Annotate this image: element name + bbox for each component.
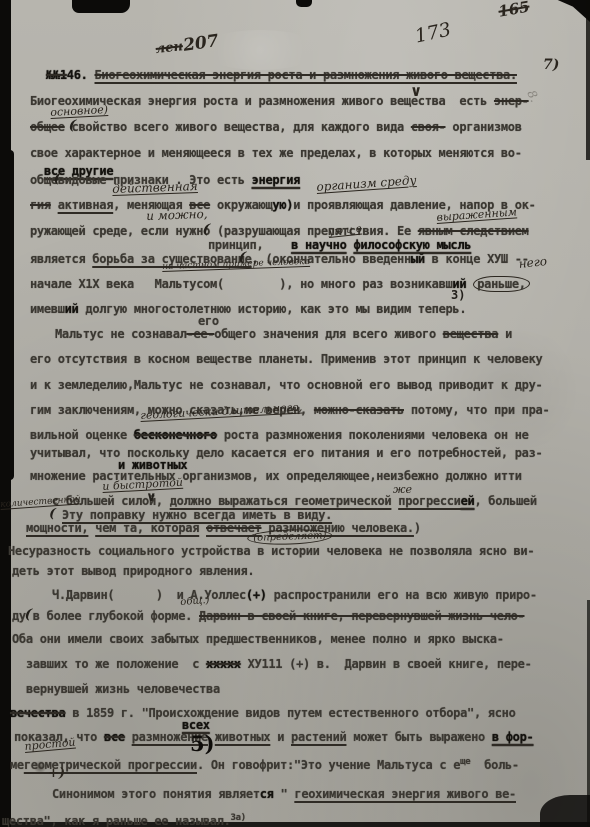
text-run: боль-: [470, 758, 518, 772]
note-obshch: общ.): [180, 595, 210, 608]
text-run: Биогеохимическая энергия роста и размнож…: [95, 68, 517, 82]
text-run: бесконечного: [134, 428, 217, 442]
text-run: роста размножения поколениями человека о…: [217, 428, 529, 442]
text-run: животных: [215, 730, 270, 744]
text-run: и к земледелию,Мальтус не сознавал, что …: [30, 378, 542, 392]
text-run: учитывал, что поскольку дело касается ег…: [30, 446, 542, 460]
text-run: [51, 198, 58, 212]
text-run: в более глубокой форме.: [33, 609, 192, 623]
text-run: ххххх: [206, 657, 241, 671]
body-line-18: мощности, чем та, которая отвечает размн…: [26, 521, 421, 536]
text-run: свое характерное и меняющееся в тех же п…: [30, 146, 522, 160]
text-run: 3а): [231, 813, 246, 823]
text-run: его отсутствия в косном веществе планеты…: [30, 352, 542, 366]
text-run: в конце ХУШ --: [425, 252, 529, 266]
body-line-22: ду в более глубокой форме. Дарвин в свое…: [12, 609, 524, 624]
text-run: Эту поправку нужно всегда иметь в виду.: [62, 508, 332, 522]
footnote-mark-5: 5): [190, 731, 215, 756]
text-run: завших то же положение с: [26, 657, 206, 671]
text-run: [114, 588, 156, 602]
text-run: есть: [445, 94, 493, 108]
note-nego: него: [518, 254, 548, 271]
text-run: философскую мысль: [353, 238, 471, 252]
text-run: [125, 730, 132, 744]
body-line-11: его отсутствия в косном веществе планеты…: [30, 352, 542, 367]
text-run: Дарвин в своей книге, перевернувшей жизн…: [199, 609, 524, 623]
body-line-20: деть этот вывод природного явления.: [12, 564, 254, 579]
text-run: ся: [260, 787, 274, 801]
scan-edge-left-bump: [9, 150, 14, 480]
text-run: ружающей среде, если нужно: [30, 224, 217, 238]
note-osnovnoe: основное): [50, 103, 108, 119]
text-run: щества": [2, 814, 50, 827]
text-run: имевш: [30, 302, 65, 316]
text-run: . Он говофрит:"Это учение Мальтуса с е: [197, 758, 460, 772]
text-run: активная: [58, 198, 113, 212]
text-run: вещества: [443, 327, 498, 341]
text-run: , как я раньше ее называл.: [50, 814, 230, 827]
text-run: ": [274, 787, 295, 801]
text-run: ХУ111 (+) в. Дарвин в своей книге, пере-: [241, 657, 532, 671]
text-run: (: [217, 224, 224, 238]
body-line-26: вечества в 1859 г. "Происхождение видов …: [10, 706, 516, 721]
note-i-bystrotoy: и быстротой: [102, 476, 183, 493]
note-zhe: же: [393, 483, 412, 496]
scan-edge-top-small: [296, 0, 312, 7]
text-run: свойство всего живого вещества, для кажд…: [65, 120, 411, 134]
body-line-25: вернувшей жизнь человечества: [26, 682, 220, 697]
text-run: 46.: [67, 68, 88, 82]
text-run: и: [270, 730, 291, 744]
body-line-17: с большей силой, должно выражаться геоме…: [52, 494, 537, 509]
text-run: начале Х1Х века Мальтусом(: [30, 277, 224, 291]
text-run: Несуразность социального устройства в ис…: [8, 544, 534, 558]
text-run: организмов, их определяющее,неизбежно до…: [182, 469, 521, 483]
body-line-24: завших то же положение с ххххх ХУ111 (+)…: [26, 657, 532, 672]
heading-end-mark: 7): [543, 57, 559, 73]
text-run: [192, 609, 199, 623]
text-run: ый: [411, 252, 425, 266]
text-run: общее: [30, 120, 65, 134]
text-run: в научно: [291, 238, 346, 252]
text-run: энер-: [494, 94, 529, 108]
footnote-mark-plus: +): [48, 766, 65, 781]
text-run: [263, 238, 291, 252]
text-run: деть этот вывод природного явления.: [12, 564, 254, 578]
body-line-28: мегеометрической прогрессии. Он говофрит…: [10, 755, 519, 773]
body-line-10: Мальтус не сознавал-ее-общего значения д…: [55, 327, 512, 342]
text-run: ую): [272, 198, 293, 212]
body-line-12: и к земледелию,Мальтус не сознавал, что …: [30, 378, 542, 393]
text-run: окружающ: [210, 198, 272, 212]
body-line-2: общее свойство всего живого вещества, дл…: [30, 120, 522, 135]
text-run: и: [498, 327, 512, 341]
text-run: №№1: [46, 68, 67, 82]
text-run: ме: [10, 758, 24, 772]
text-run: разрушающая препятствия. Ее: [224, 224, 418, 238]
text-run: Мальтус не сознавал: [55, 327, 187, 341]
text-run: мощности,: [26, 521, 88, 535]
text-run: долгую многостолетнюю историю, как это м…: [78, 302, 466, 316]
caret-mark: (: [48, 506, 56, 522]
text-run: в фор-: [492, 730, 534, 744]
footnote-mark-3: 3): [451, 288, 465, 302]
text-run: принцип: [208, 238, 256, 252]
text-run: может быть выражено: [346, 730, 491, 744]
text-run: является: [30, 252, 92, 266]
text-run: Оба они имели своих забытых предшественн…: [12, 632, 504, 646]
body-line-29: Синонимом этого понятия является " геохи…: [52, 787, 516, 802]
text-run: распространили его на всю живую приро-: [267, 588, 537, 602]
text-run: ей: [461, 494, 475, 508]
body-line-19: Несуразность социального устройства в ис…: [8, 544, 534, 559]
text-run: [88, 68, 95, 82]
text-run: [224, 277, 279, 291]
insert-caret-mark: ∨: [410, 82, 422, 100]
scan-edge-top-right: [552, 0, 590, 22]
body-line-14: вильной оценке бесконечного роста размно…: [30, 428, 529, 443]
text-run: -ее-: [187, 327, 215, 341]
text-run: (+): [246, 588, 267, 602]
text-run: все: [104, 730, 125, 744]
heading-line: №№146. Биогеохимическая энергия роста и …: [46, 68, 517, 83]
text-run: прогресси: [398, 494, 460, 508]
text-run: должно выражаться геометрической: [170, 494, 392, 508]
note-deystvennaya: действенная: [112, 179, 198, 196]
text-run: своя-: [411, 120, 446, 134]
note-i-mozhno: и можно,: [146, 207, 208, 223]
body-line-15: учитывал, что поскольку дело касается ег…: [30, 446, 542, 461]
scan-edge-bottom-right: [540, 795, 590, 827]
scan-edge-right: [586, 0, 590, 160]
text-run: геохимическая энергия живого ве-: [294, 787, 516, 801]
text-run: организмов: [445, 120, 521, 134]
body-line-27: показал, что все размножение животных и …: [14, 730, 533, 745]
text-run: ий: [65, 302, 79, 316]
scan-edge-top-blob: [72, 0, 130, 13]
body-line-9: имевший долгую многостолетнюю историю, к…: [30, 302, 466, 317]
text-run: Синонимом этого понятия являет: [52, 787, 260, 801]
body-line-23: Оба они имели своих забытых предшественн…: [12, 632, 504, 647]
text-run: явным следствием: [418, 224, 529, 238]
text-run: раньше,: [473, 276, 529, 292]
body-line-21: Ч.Дарвин( ) и А.Уоллес(+) распространили…: [52, 588, 537, 603]
text-run: чем та, которая: [95, 521, 199, 535]
crossed-page-number: 165: [497, 0, 531, 21]
page-number: 173: [413, 18, 453, 47]
text-run: в 1859 г. "Происхождение видов путем ест…: [65, 706, 515, 720]
text-run: вечества: [10, 706, 65, 720]
note-organizm-sredu: организм среду: [316, 173, 417, 194]
body-line-3: свое характерное и меняющееся в тех же п…: [30, 146, 522, 161]
text-run: гия: [30, 198, 51, 212]
text-run: ще: [460, 757, 470, 767]
text-run: [163, 494, 170, 508]
archive-note-struck: лен: [155, 39, 184, 57]
body-line-30: щества", как я раньше ее называл.3а): [2, 811, 246, 827]
body-line-6: ружающей среде, если нужно (разрушающая …: [30, 224, 529, 239]
text-run: энергия: [252, 173, 300, 187]
text-run: общего значения для всего живого: [214, 327, 443, 341]
caret-mark: ∨: [146, 490, 157, 505]
inserted-line-printsip: принцип, в научно философскую мысль: [208, 238, 471, 253]
text-run: потому, что при пра-: [404, 403, 549, 417]
text-run: ): [414, 521, 421, 535]
text-run: Ч.Дарвин(: [52, 588, 114, 602]
text-run: растений: [291, 730, 346, 744]
text-run: , большей: [474, 494, 536, 508]
text-run: вернувшей жизнь человечества: [26, 682, 220, 696]
text-run: можно-сказать: [314, 403, 404, 417]
text-run: его: [198, 314, 219, 328]
text-run: ), но много раз возникавш: [279, 277, 452, 291]
text-run: вильной оценке: [30, 428, 134, 442]
scanned-document-page: №№146. Биогеохимическая энергия роста и …: [0, 0, 590, 827]
